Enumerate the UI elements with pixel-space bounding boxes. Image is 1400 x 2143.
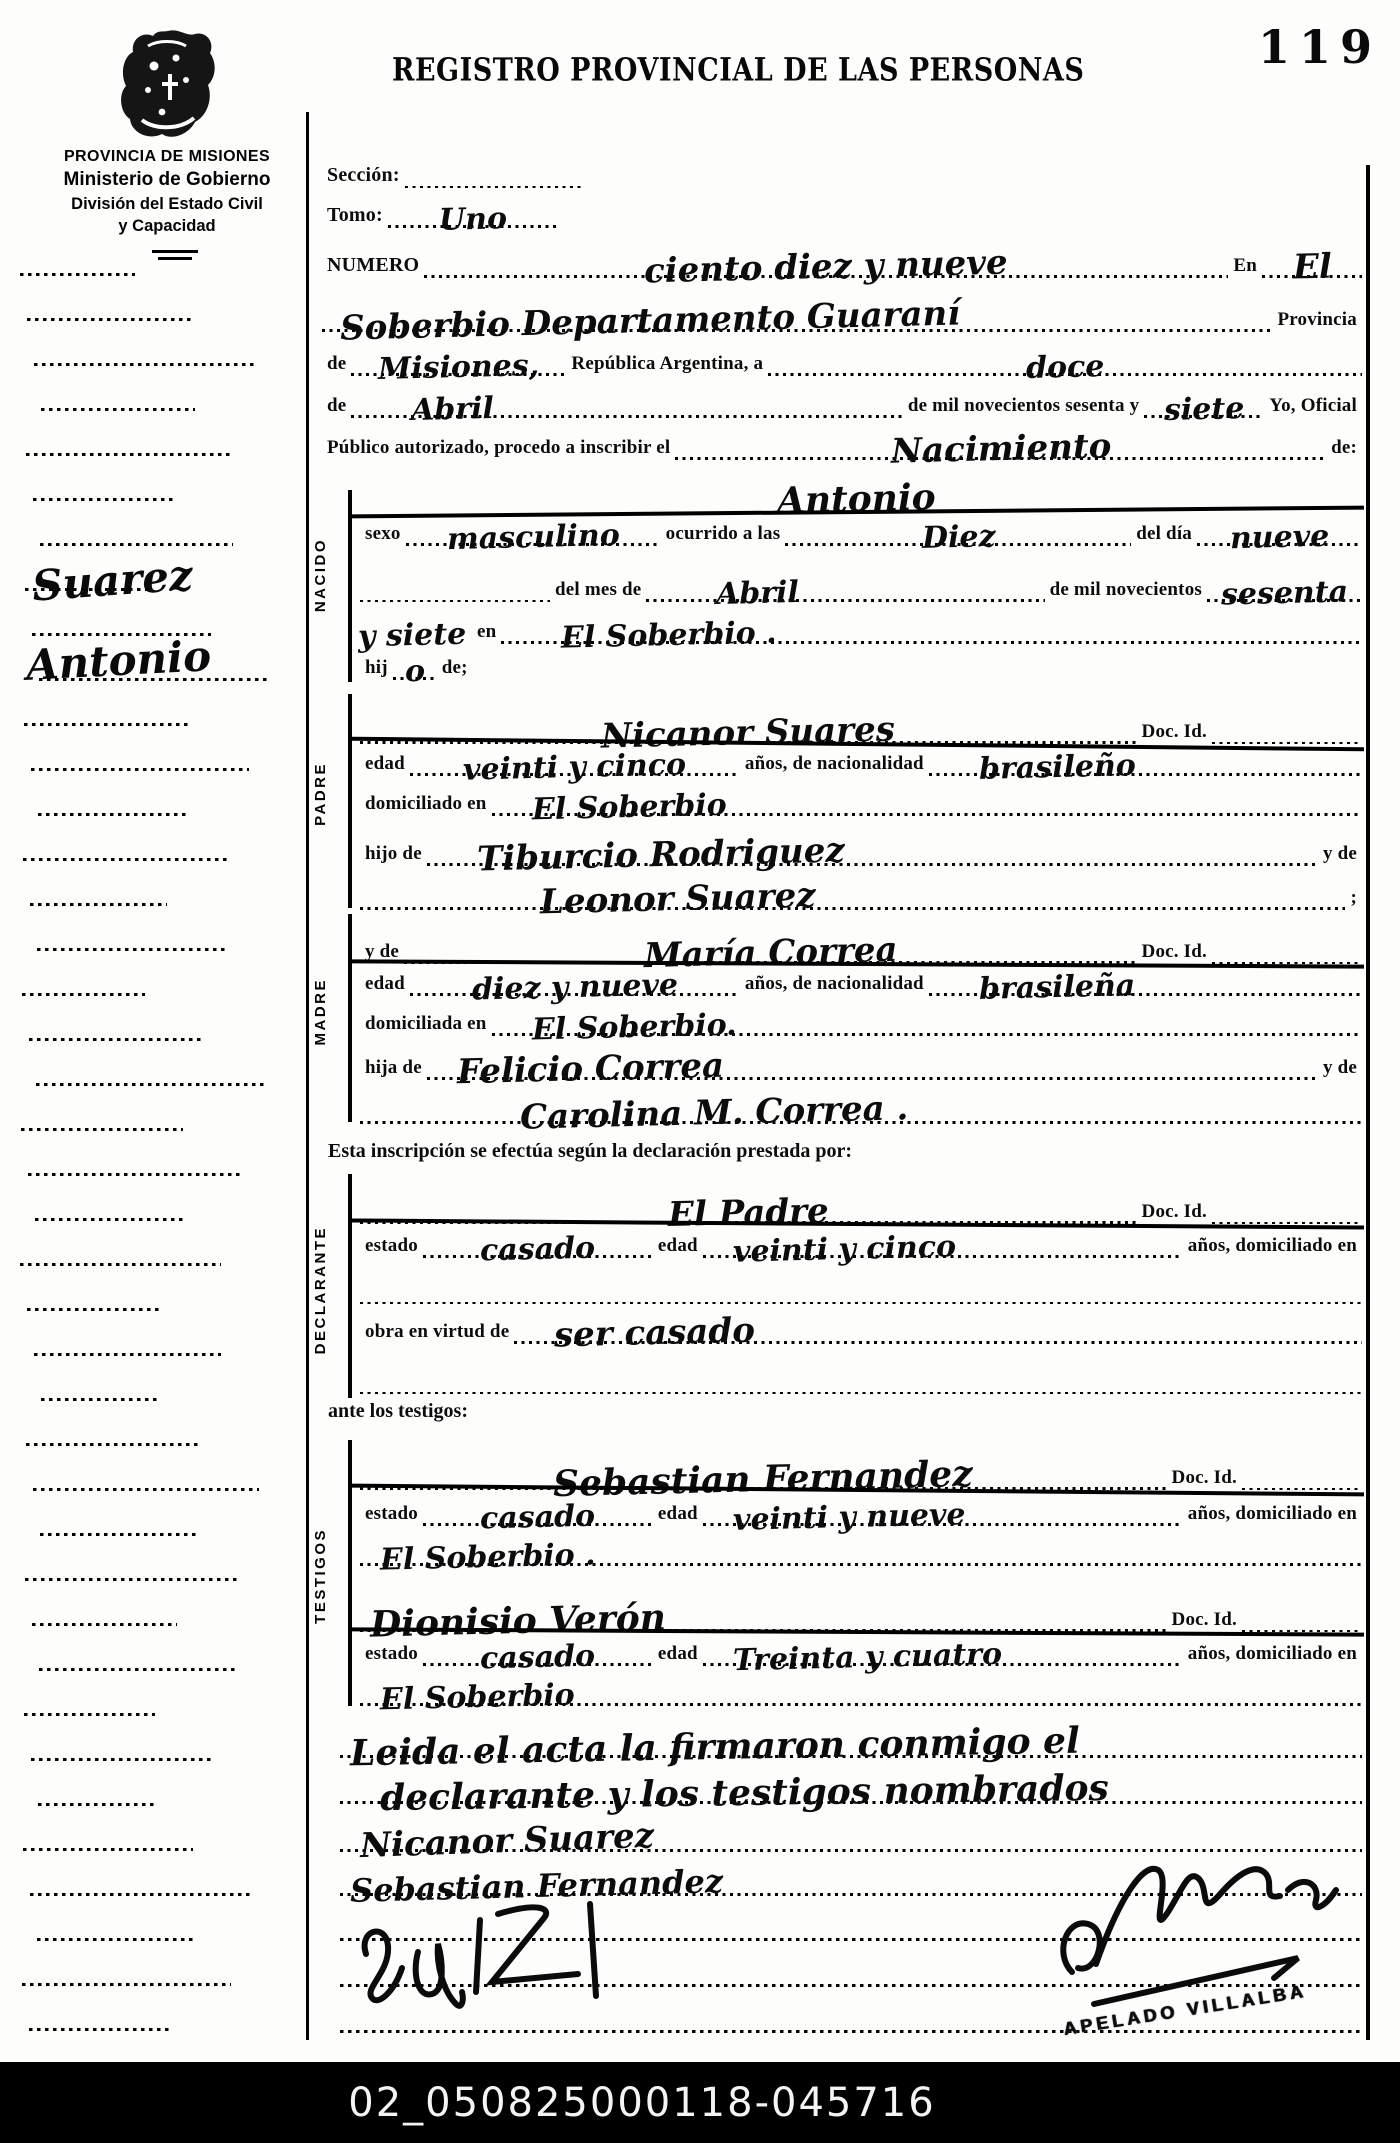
margin-dotted-line xyxy=(22,1983,231,1986)
lugar-value: El Soberbio . xyxy=(501,622,1362,644)
form-row-testigo1-domicilio: El Soberbio . xyxy=(360,1518,1362,1566)
domiciliado-label: domiciliado en xyxy=(360,793,492,816)
form-row-sexo: sexo masculino ocurrido a las Diez del d… xyxy=(360,498,1362,546)
margin-dotted-line xyxy=(39,1668,237,1671)
letterhead-line: Ministerio de Gobierno xyxy=(42,169,292,191)
margin-dotted-line xyxy=(26,453,233,456)
footer-code-bar: 02_050825000118-045716 xyxy=(0,2062,1400,2143)
form-row-madre-abuela: Carolina M. Correa . xyxy=(360,1076,1362,1124)
letterhead-line: PROVINCIA DE MISIONES xyxy=(42,148,292,166)
blank-line xyxy=(360,1392,1362,1394)
provincial-seal-icon xyxy=(118,28,218,144)
form-row-numero: NUMERO ciento diez y nueve En El xyxy=(322,224,1362,278)
de-label: de; xyxy=(437,657,473,680)
declarante-bracket xyxy=(348,1174,352,1398)
hora-value: Diez xyxy=(785,524,1131,546)
dia-value: nueve xyxy=(1197,524,1362,546)
margin-dotted-line xyxy=(31,1758,215,1761)
testigo2-domicilio-value: El Soberbio xyxy=(360,1684,1362,1706)
madre-abuela-value: Carolina M. Correa . xyxy=(360,1098,1362,1124)
margin-dotted-line xyxy=(20,273,135,276)
departamento-value: Soberbio Departamento Guaraní xyxy=(322,306,1272,332)
letterhead: PROVINCIA DE MISIONES Ministerio de Gobi… xyxy=(42,148,292,236)
margin-dotted-line xyxy=(27,318,195,321)
margin-dotted-line xyxy=(40,1533,199,1536)
declarante-estado-value: casado xyxy=(423,1236,653,1258)
form-row-blank-2 xyxy=(360,1352,1362,1394)
form-row-padre-abuela: Leonor Suarez ; xyxy=(360,862,1362,910)
section-label-testigos: TESTIGOS xyxy=(312,1528,329,1624)
form-row-padre-abuelo: hijo de Tiburcio Rodriguez y de xyxy=(360,818,1362,866)
margin-dotted-line xyxy=(29,2028,171,2031)
column-divider xyxy=(306,112,309,2040)
margin-dotted-line xyxy=(34,1353,221,1356)
nacido-bracket xyxy=(348,490,352,682)
dia-label: del día xyxy=(1131,523,1197,546)
margin-dotted-line xyxy=(20,1263,221,1266)
estado-label: estado xyxy=(360,1235,423,1258)
form-row-seccion: Sección: xyxy=(322,150,742,188)
margin-dotted-line xyxy=(31,768,249,771)
testigo1-domicilio-value: El Soberbio . xyxy=(360,1544,1362,1566)
margin-dotted-line xyxy=(29,1038,205,1041)
declaracion-intro-label: Esta inscripción se efectúa según la dec… xyxy=(328,1140,852,1163)
section-label-nacido: NACIDO xyxy=(312,538,329,612)
form-row-madre-abuelo: hija de Felicio Correa y de xyxy=(360,1032,1362,1080)
form-row-declarante-estado: estado casado edad veinti y cinco años, … xyxy=(360,1212,1362,1258)
sexo-label: sexo xyxy=(360,523,406,546)
en-label: En xyxy=(1228,255,1262,278)
padre-abuela-value: Leonor Suarez xyxy=(360,884,1345,910)
margin-dotted-line xyxy=(35,1218,183,1221)
form-row-hijo-de: hij o de; xyxy=(360,636,620,680)
en-place-value: El xyxy=(1262,252,1362,278)
form-row-provincia: de Misiones, República Argentina, a doce xyxy=(322,330,1362,376)
section-label-declarante: DECLARANTE xyxy=(312,1226,329,1354)
margin-dotted-line xyxy=(30,1893,253,1896)
margin-dotted-line xyxy=(33,498,173,501)
margin-dotted-line xyxy=(36,1083,265,1086)
closing-line-1: Leida el acta la firmaron conmigo el xyxy=(340,1706,1362,1758)
form-row-tomo: Tomo: Uno xyxy=(322,188,742,228)
page-number: 119 xyxy=(1258,20,1381,74)
right-border xyxy=(1366,165,1370,2040)
form-row-testigo2-domicilio: El Soberbio xyxy=(360,1658,1362,1706)
declarante-edad-value: veinti y cinco xyxy=(703,1236,1183,1258)
form-row-madre-domicilio: domiciliada en El Soberbio. xyxy=(360,990,1362,1036)
margin-dotted-line xyxy=(24,1713,155,1716)
margin-dotted-line xyxy=(39,678,271,681)
hij-label: hij xyxy=(360,657,393,680)
obra-value: ser casado xyxy=(514,1318,1362,1344)
semicolon: ; xyxy=(1345,887,1362,910)
birth-register-page: PROVINCIA DE MISIONES Ministerio de Gobi… xyxy=(0,0,1400,2143)
margin-dotted-line xyxy=(33,1488,259,1491)
numero-value: ciento diez y nueve xyxy=(424,252,1228,278)
domiciliado-label: años, domiciliado en xyxy=(1183,1235,1362,1258)
closing-line-2: declarante y los testigos nombrados xyxy=(340,1752,1362,1804)
margin-dotted-line xyxy=(37,1938,193,1941)
margin-dotted-line xyxy=(32,1623,177,1626)
margin-dotted-line xyxy=(25,588,151,591)
margin-dotted-line xyxy=(34,363,255,366)
margin-dotted-line xyxy=(41,1398,161,1401)
letterhead-rule-mark xyxy=(152,250,198,264)
margin-dotted-line xyxy=(40,543,233,546)
testigos-bracket xyxy=(348,1440,352,1706)
footer-code: 02_050825000118-045716 xyxy=(348,2080,935,2126)
margin-dotted-line xyxy=(25,1578,237,1581)
madre-bracket xyxy=(348,914,352,1122)
page-title: REGISTRO PROVINCIAL DE LAS PERSONAS xyxy=(392,52,1084,89)
provincia-label: Provincia xyxy=(1272,309,1362,332)
numero-label: NUMERO xyxy=(322,254,424,278)
trailing-dotted-line xyxy=(340,2030,1362,2033)
edad-label: edad xyxy=(653,1235,703,1258)
form-row-padre-domicilio: domiciliado en El Soberbio xyxy=(360,770,1362,816)
margin-dotted-line xyxy=(37,948,227,951)
margin-dotted-line xyxy=(28,1173,243,1176)
margin-dotted-line xyxy=(41,408,195,411)
margin-dotted-line xyxy=(30,903,167,906)
form-row-departamento: Soberbio Departamento Guaraní Provincia xyxy=(322,282,1362,332)
padre-bracket xyxy=(348,694,352,908)
section-label-padre: PADRE xyxy=(312,762,329,826)
margin-dotted-line xyxy=(22,993,145,996)
margin-surname: Suarez xyxy=(30,550,194,610)
margin-dotted-line xyxy=(23,858,227,861)
margin-dotted-line xyxy=(38,1803,155,1806)
margin-dotted-line xyxy=(32,633,211,636)
margin-dotted-line xyxy=(24,723,189,726)
margin-dotted-line xyxy=(26,1443,199,1446)
form-row-mes: del mes de Abril de mil novecientos sese… xyxy=(360,556,1362,602)
form-row-obra: obra en virtud de ser casado xyxy=(360,1296,1362,1344)
official-signature-scribble xyxy=(352,1896,712,2024)
testigos-intro-label: ante los testigos: xyxy=(328,1400,468,1423)
sexo-value: masculino xyxy=(406,524,661,546)
margin-dotted-line xyxy=(21,1128,183,1131)
section-label-madre: MADRE xyxy=(312,978,329,1046)
obra-label: obra en virtud de xyxy=(360,1321,514,1344)
registrar-signature xyxy=(1036,1846,1366,2016)
seccion-label: Sección: xyxy=(322,164,405,188)
letterhead-line: y Capacidad xyxy=(42,217,292,236)
closing-signature-name-1: Nicanor Suarez xyxy=(340,1800,1362,1852)
letterhead-line: División del Estado Civil xyxy=(42,195,292,214)
ocurrido-label: ocurrido a las xyxy=(661,523,786,546)
margin-dotted-line xyxy=(27,1308,161,1311)
hijo-o-value: o xyxy=(393,658,437,680)
margin-dotted-line xyxy=(23,1848,193,1851)
padre-domicilio-value: El Soberbio xyxy=(492,794,1362,816)
margin-dotted-line xyxy=(38,813,189,816)
